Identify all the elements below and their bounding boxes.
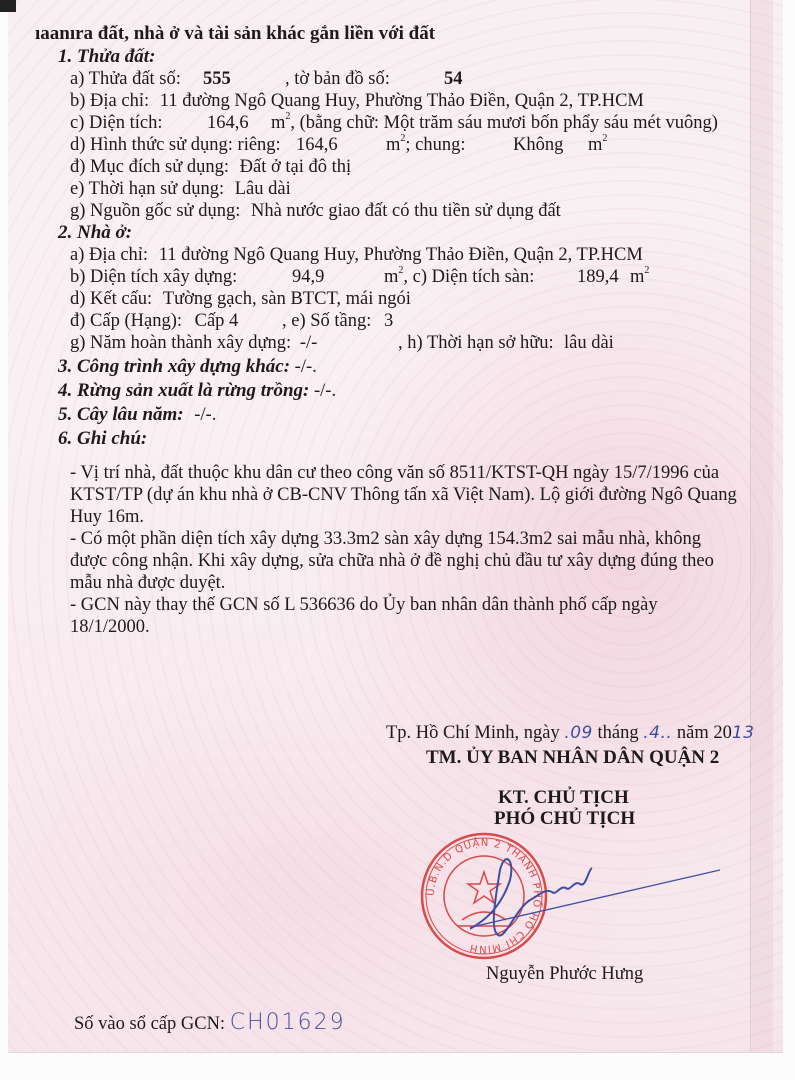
issue-month: .4.. (643, 723, 672, 743)
structure-label: d) Kết cấu: (70, 289, 152, 309)
issue-place: Tp. Hồ Chí Minh, ngày (386, 723, 560, 743)
land-area-value: 164,6 (207, 112, 249, 134)
document-title: ıaanıra đất, nhà ở và tài sản khác gắn l… (35, 23, 435, 45)
usage-purpose-row: đ) Mục đích sử dụng: Đất ở tại đô thị (70, 156, 351, 178)
note-line: 18/1/2000. (70, 616, 737, 638)
usage-term-value: Lâu dài (235, 179, 291, 199)
usage-form-row: d) Hình thức sử dụng: riêng: 164,6 m2; c… (70, 134, 281, 156)
structure-value: Tường gạch, sàn BTCT, mái ngói (163, 289, 411, 309)
section-1-heading: 1. Thửa đất: (58, 46, 155, 68)
page-edge (750, 0, 773, 1052)
signer-role-2: PHÓ CHỦ TỊCH (494, 808, 635, 830)
shared-area-value: Không (513, 134, 563, 156)
note-line: Huy 16m. (70, 506, 737, 528)
registry-number: CH01629 (230, 1010, 346, 1035)
issue-date-line: Tp. Hồ Chí Minh, ngày .09 tháng .4.. năm… (386, 722, 755, 744)
usage-term-row: e) Thời hạn sử dụng: Lâu dài (70, 178, 291, 200)
section-4-row: 4. Rừng sản xuất là rừng trồng: -/-. (58, 380, 336, 402)
notes-block: - Vị trí nhà, đất thuộc khu dân cư theo … (70, 462, 737, 638)
signer-role-1: KT. CHỦ TỊCH (498, 787, 629, 809)
issue-day: .09 (564, 723, 593, 743)
handwritten-signature (470, 840, 720, 950)
building-area-value: 94,9 (292, 266, 324, 288)
usage-purpose-label: đ) Mục đích sử dụng: (70, 157, 229, 177)
section-4-heading: 4. Rừng sản xuất là rừng trồng: (58, 380, 309, 401)
land-area-unit: m (271, 113, 285, 133)
grade-label: đ) Cấp (Hạng): (70, 311, 182, 331)
usage-form-label: d) Hình thức sử dụng: riêng: (70, 135, 281, 155)
land-parcel-row: a) Thửa đất số: 555 , tờ bản đồ số: 54 (70, 68, 181, 90)
grade-row: đ) Cấp (Hạng): Cấp 4 , e) Số tầng: 3 (70, 310, 238, 332)
shared-label: ; chung: (405, 135, 465, 155)
usage-term-label: e) Thời hạn sử dụng: (70, 179, 224, 199)
month-label: tháng (598, 723, 639, 743)
note-line: - GCN này thay thế GCN số L 536636 do Ủy… (70, 594, 737, 616)
registry-label: Số vào sổ cấp GCN: (74, 1014, 225, 1034)
section-2-heading: 2. Nhà ở: (58, 222, 132, 244)
land-address-row: b) Địa chỉ: 11 đường Ngô Quang Huy, Phườ… (70, 90, 644, 112)
usage-origin-row: g) Nguồn gốc sử dụng: Nhà nước giao đất … (70, 200, 561, 222)
house-address-row: a) Địa chỉ: 11 đường Ngô Quang Huy, Phườ… (70, 244, 643, 266)
completion-year-label: g) Năm hoàn thành xây dựng: (70, 333, 291, 353)
private-area-unit: m (386, 135, 400, 155)
map-sheet-number: 54 (444, 68, 463, 90)
land-address-value: 11 đường Ngô Quang Huy, Phường Thảo Điền… (160, 91, 644, 111)
completion-year-value: -/- (300, 333, 317, 353)
signer-name: Nguyễn Phước Hưng (486, 963, 643, 985)
floors-label: , e) Số tầng: (282, 310, 371, 332)
usage-origin-value: Nhà nước giao đất có thu tiền sử dụng đấ… (251, 201, 561, 221)
building-area-unit: m (384, 267, 398, 287)
land-address-label: b) Địa chỉ: (70, 91, 149, 111)
scan-corner-mark (0, 0, 16, 12)
structure-row: d) Kết cấu: Tường gạch, sàn BTCT, mái ng… (70, 288, 411, 310)
section-5-row: 5. Cây lâu năm: -/-. (58, 404, 216, 426)
section-5-heading: 5. Cây lâu năm: (58, 404, 184, 425)
issue-year: 13 (732, 723, 755, 743)
land-parcel-label: a) Thửa đất số: (70, 69, 181, 89)
note-line: mẫu nhà được duyệt. (70, 572, 737, 594)
house-area-row: b) Diện tích xây dựng: 94,9 m2, c) Diện … (70, 266, 237, 288)
section-3-heading: 3. Công trình xây dựng khác: (58, 356, 290, 377)
floor-area-unit: m (630, 267, 644, 287)
section-4-value: -/-. (314, 381, 336, 401)
note-line: - Có một phần diện tích xây dựng 33.3m2 … (70, 528, 737, 550)
completion-row: g) Năm hoàn thành xây dựng: -/- , h) Thờ… (70, 332, 317, 354)
section-3-value: -/-. (295, 357, 317, 377)
land-area-label: c) Diện tích: (70, 113, 162, 133)
ownership-term-label: , h) Thời hạn sở hữu: (398, 332, 554, 354)
house-address-value: 11 đường Ngô Quang Huy, Phường Thảo Điền… (159, 245, 643, 265)
issuing-authority: TM. ỦY BAN NHÂN DÂN QUẬN 2 (426, 747, 719, 769)
registry-row: Số vào sổ cấp GCN: CH01629 (74, 1012, 346, 1035)
land-parcel-number: 555 (203, 68, 231, 90)
section-3-row: 3. Công trình xây dựng khác: -/-. (58, 356, 317, 378)
year-label: năm 20 (677, 723, 732, 743)
private-area-value: 164,6 (296, 134, 338, 156)
note-line: được công nhận. Khi xây dựng, sửa chữa n… (70, 550, 737, 572)
map-sheet-label: , tờ bản đồ số: (285, 68, 390, 90)
shared-area-unit: m (588, 135, 602, 155)
section-5-value: -/-. (194, 405, 216, 425)
note-line: - Vị trí nhà, đất thuộc khu dân cư theo … (70, 462, 737, 484)
land-area-words: , (bằng chữ: Một trăm sáu mươi bốn phẩy … (290, 113, 718, 133)
land-area-row: c) Diện tích: 164,6 m2, (bằng chữ: Một t… (70, 112, 162, 134)
grade-value: Cấp 4 (195, 311, 239, 331)
ownership-term-value: lâu dài (564, 332, 614, 354)
house-address-label: a) Địa chỉ: (70, 245, 148, 265)
section-6-heading: 6. Ghi chú: (58, 428, 147, 450)
floor-area-label: , c) Diện tích sàn: (403, 267, 534, 287)
usage-origin-label: g) Nguồn gốc sử dụng: (70, 201, 240, 221)
building-area-label: b) Diện tích xây dựng: (70, 267, 237, 287)
floor-area-value: 189,4 (577, 266, 619, 288)
note-line: KTST/TP (dự án khu nhà ở CB-CNV Thông tấ… (70, 484, 737, 506)
usage-purpose-value: Đất ở tại đô thị (240, 157, 352, 177)
floors-value: 3 (384, 310, 393, 332)
